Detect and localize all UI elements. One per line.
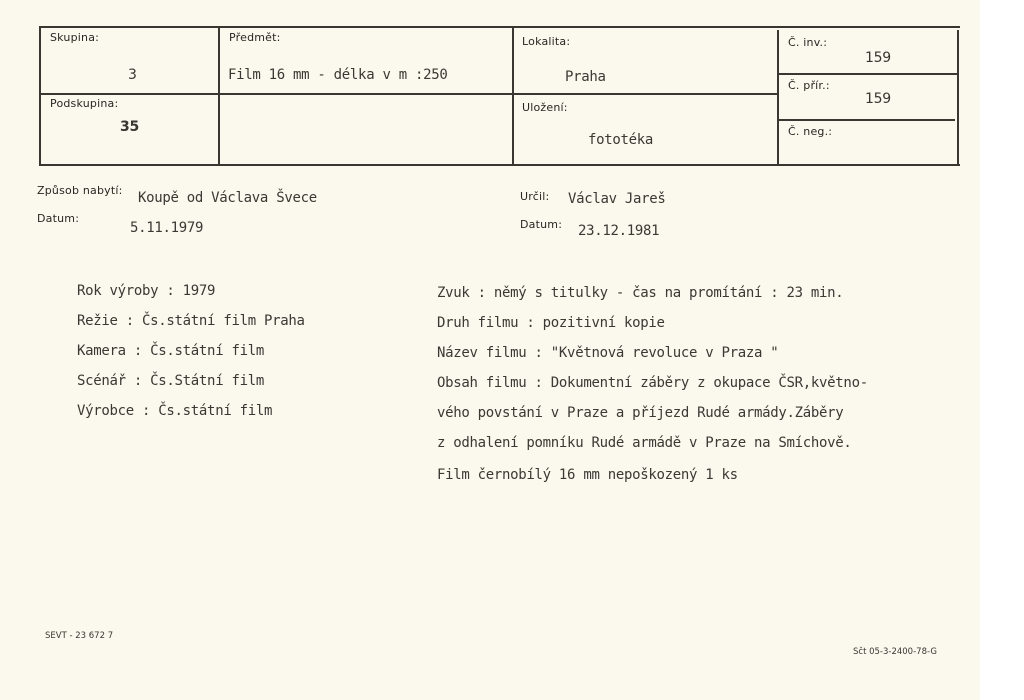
predmet-label: Předmět: <box>229 31 281 44</box>
footer-print-code: Sčt 05-3-2400-78-G <box>853 647 937 657</box>
datum2-value: 23.12.1981 <box>578 223 659 239</box>
c-neg-label: Č. neg.: <box>788 125 832 138</box>
skupina-value: 3 <box>128 67 137 83</box>
kamera: Kamera : Čs.státní film <box>77 343 264 359</box>
podskupina-label: Podskupina: <box>50 97 118 110</box>
datum-label: Datum: <box>37 212 79 225</box>
skupina-label: Skupina: <box>50 31 99 44</box>
obsah-filmu-line-2: vého povstání v Praze a příjezd Rudé arm… <box>437 405 843 421</box>
urcil-label: Určil: <box>520 190 549 203</box>
zpusob-nabyti-value: Koupě od Václava Švece <box>138 190 317 206</box>
zvuk: Zvuk : němý s titulky - čas na promítání… <box>437 285 843 301</box>
divider-row-right-2 <box>778 119 955 121</box>
datum2-label: Datum: <box>520 218 562 231</box>
rezie: Režie : Čs.státní film Praha <box>77 313 305 329</box>
divider-row-right-1 <box>778 73 958 75</box>
zpusob-nabyti-label: Způsob nabytí: <box>37 184 123 197</box>
datum-value: 5.11.1979 <box>130 220 203 236</box>
ulozeni-label: Uložení: <box>522 101 568 114</box>
divider-col-1 <box>218 26 220 166</box>
obsah-filmu-line-3: z odhalení pomníku Rudé armádě v Praze n… <box>437 435 852 451</box>
druh-filmu: Druh filmu : pozitivní kopie <box>437 315 665 331</box>
lokalita-label: Lokalita: <box>522 35 570 48</box>
nazev-filmu: Název filmu : "Květnová revoluce v Praza… <box>437 345 778 361</box>
urcil-value: Václav Jareš <box>568 191 666 207</box>
lokalita-value: Praha <box>565 69 606 85</box>
divider-row-left <box>40 93 778 95</box>
divider-col-2 <box>512 26 514 166</box>
box-right-border <box>957 30 959 166</box>
c-prir-value: 159 <box>865 91 891 107</box>
scenar: Scénář : Čs.Státní film <box>77 373 264 389</box>
divider-col-3 <box>777 30 779 166</box>
vyrobce: Výrobce : Čs.státní film <box>77 403 272 419</box>
predmet-value: Film 16 mm - délka v m :250 <box>228 67 447 83</box>
box-top-border <box>40 26 960 28</box>
c-prir-label: Č. přír.: <box>788 79 830 92</box>
box-left-border <box>39 26 41 166</box>
podskupina-value: 35 <box>120 119 139 135</box>
footer-form-code: SEVT - 23 672 7 <box>45 631 113 641</box>
box-bottom-border <box>40 164 960 166</box>
obsah-filmu-line-1: Obsah filmu : Dokumentní záběry z okupac… <box>437 375 868 391</box>
c-inv-value: 159 <box>865 50 891 66</box>
rok-vyroby: Rok výroby : 1979 <box>77 283 215 299</box>
obsah-filmu-line-4: Film černobílý 16 mm nepoškozený 1 ks <box>437 467 738 483</box>
ulozeni-value: fototéka <box>588 132 653 148</box>
catalog-card: Skupina: 3 Předmět: Film 16 mm - délka v… <box>0 0 980 700</box>
c-inv-label: Č. inv.: <box>788 36 827 49</box>
